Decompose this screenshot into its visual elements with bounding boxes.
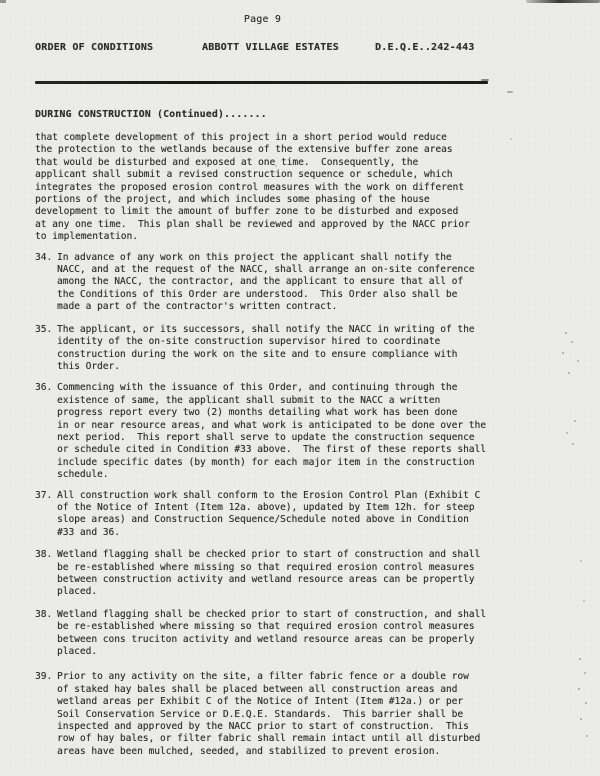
intro-paragraph: that complete development of this projec…: [35, 132, 505, 244]
condition-number: 35.: [35, 324, 57, 336]
scan-speck: [579, 658, 581, 660]
scan-speck: [566, 432, 568, 434]
condition-text: Commencing with the issuance of this Ord…: [57, 382, 505, 481]
condition-number: 38.: [35, 609, 57, 621]
scan-speck: [571, 341, 573, 343]
condition-number: 38.: [35, 549, 57, 561]
header-divider-line: [35, 81, 488, 84]
condition-item-37: 37. All construction work shall conform …: [35, 490, 505, 540]
condition-item-36: 36. Commencing with the issuance of this…: [35, 382, 505, 481]
scanned-document-page: Page 9 ORDER OF CONDITIONS ABBOTT VILLAG…: [0, 0, 600, 776]
condition-item-38b: 38. Wetland flagging shall be checked pr…: [35, 609, 505, 659]
condition-text: Prior to any activity on the site, a fil…: [57, 671, 505, 758]
document-body: that complete development of this projec…: [35, 132, 505, 758]
document-header: ORDER OF CONDITIONS ABBOTT VILLAGE ESTAT…: [35, 42, 500, 56]
scan-speck: [585, 702, 587, 704]
condition-number: 34.: [35, 252, 57, 264]
scan-speck: [580, 560, 582, 562]
scan-speck: [578, 688, 580, 690]
scan-speck: [510, 138, 512, 140]
scan-speck: [577, 360, 579, 362]
scan-speck: [565, 332, 567, 334]
condition-text: In advance of any work on this project t…: [57, 252, 505, 314]
section-heading: DURING CONSTRUCTION (Continued).......: [35, 109, 267, 120]
condition-item-35: 35. The applicant, or its successors, sh…: [35, 324, 505, 374]
scan-speck: [562, 352, 564, 354]
header-document-title: ORDER OF CONDITIONS: [35, 42, 153, 53]
scan-speck: [586, 735, 588, 737]
condition-text: Wetland flagging shall be checked prior …: [57, 549, 505, 599]
condition-number: 37.: [35, 490, 57, 502]
condition-text: All construction work shall conform to t…: [57, 490, 505, 540]
scan-speck: [572, 443, 574, 445]
page-number-label: Page 9: [35, 14, 490, 25]
scan-speck: [584, 672, 586, 674]
scan-smudge-top-edge: [526, 0, 600, 3]
scan-dash-mark-2: [507, 91, 513, 93]
condition-text: The applicant, or its successors, shall …: [57, 324, 505, 374]
condition-item-38a: 38. Wetland flagging shall be checked pr…: [35, 549, 505, 599]
condition-number: 36.: [35, 382, 57, 394]
scan-speck: [583, 600, 585, 602]
scan-speck: [574, 420, 576, 422]
scan-speck-top-left: [0, 0, 6, 3]
condition-item-39: 39. Prior to any activity on the site, a…: [35, 671, 505, 758]
scan-speck: [568, 372, 570, 374]
condition-text: Wetland flagging shall be checked prior …: [57, 609, 505, 659]
header-file-number: D.E.Q.E..242-443: [375, 42, 475, 53]
scan-speck: [580, 718, 582, 720]
header-project-name: ABBOTT VILLAGE ESTATES: [202, 42, 339, 53]
condition-item-34: 34. In advance of any work on this proje…: [35, 252, 505, 314]
condition-number: 39.: [35, 671, 57, 683]
